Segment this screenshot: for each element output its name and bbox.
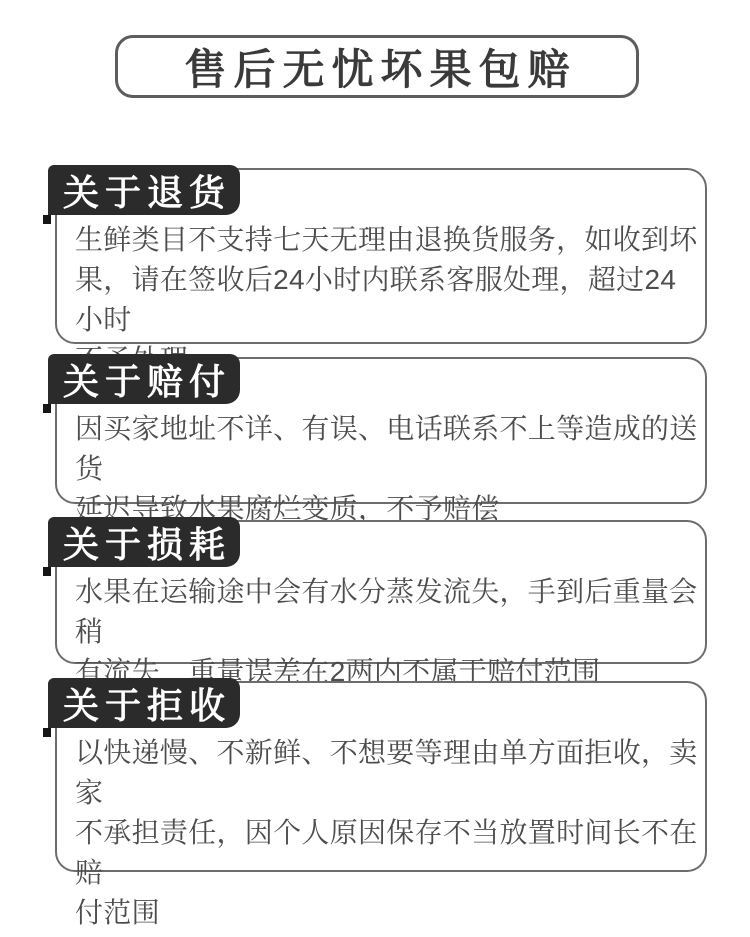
after-sales-policy-page: 售后无忧坏果包赔 关于退货 生鲜类目不支持七天无理由退换货服务，如收到坏 果，请… [0, 0, 750, 937]
title-banner: 售后无忧坏果包赔 [115, 35, 639, 98]
policy-section-returns: 关于退货 生鲜类目不支持七天无理由退换货服务，如收到坏 果，请在签收后24小时内… [55, 168, 707, 344]
section-label: 关于赔付 [57, 354, 231, 405]
section-label-tab: 关于拒收 [48, 678, 240, 728]
section-body-text: 因买家地址不详、有误、电话联系不上等造成的送货 延迟导致水果腐烂变质，不予赔偿 [75, 409, 699, 529]
section-body-text: 以快递慢、不新鲜、不想要等理由单方面拒收，卖家 不承担责任，因个人原因保存不当放… [75, 733, 699, 933]
ribbon-fold-corner [43, 728, 51, 737]
policy-section-compensation: 关于赔付 因买家地址不详、有误、电话联系不上等造成的送货 延迟导致水果腐烂变质，… [55, 357, 707, 504]
policy-section-rejection: 关于拒收 以快递慢、不新鲜、不想要等理由单方面拒收，卖家 不承担责任，因个人原因… [55, 681, 707, 872]
ribbon-fold-corner [43, 215, 51, 224]
section-label-tab: 关于赔付 [48, 354, 240, 404]
section-label-tab: 关于退货 [48, 165, 240, 215]
page-title: 售后无忧坏果包赔 [177, 37, 576, 97]
section-label: 关于退货 [57, 165, 231, 216]
section-label: 关于损耗 [57, 517, 231, 568]
section-body-text: 水果在运输途中会有水分蒸发流失，手到后重量会稍 有流失，重量误差在2两内不属于赔… [75, 572, 699, 692]
section-label: 关于拒收 [57, 678, 231, 729]
ribbon-fold-corner [43, 404, 51, 413]
section-label-tab: 关于损耗 [48, 517, 240, 567]
policy-section-weight-loss: 关于损耗 水果在运输途中会有水分蒸发流失，手到后重量会稍 有流失，重量误差在2两… [55, 520, 707, 664]
ribbon-fold-corner [43, 567, 51, 576]
